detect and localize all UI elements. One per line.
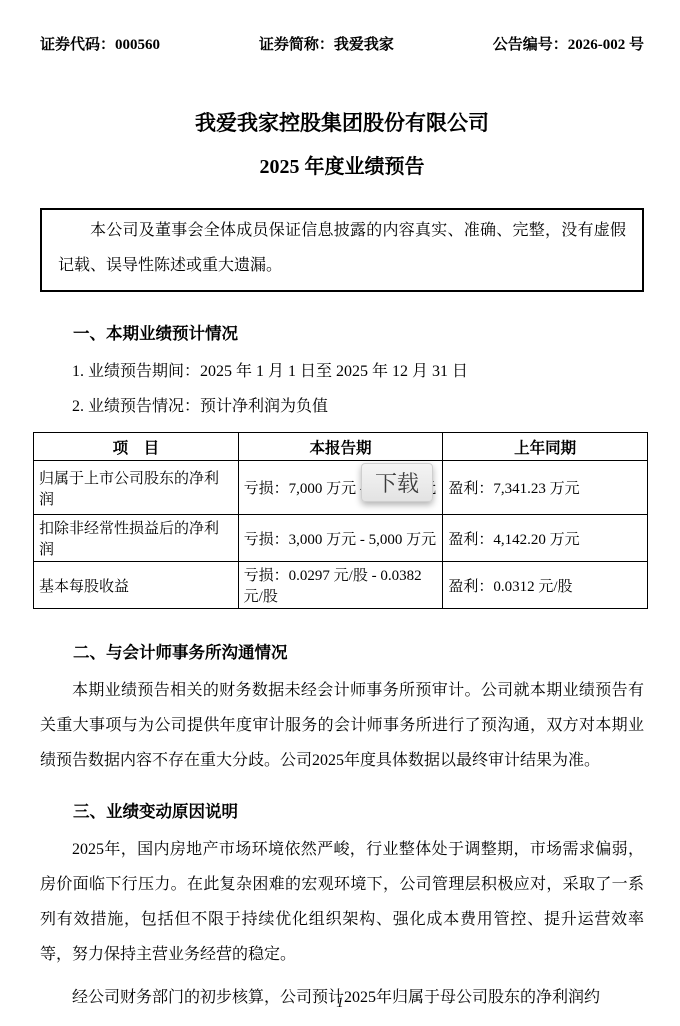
table-cell-current: 亏损：0.0297 元/股 - 0.0382 元/股 xyxy=(238,562,443,609)
forecast-result-item: 2. 业绩预告情况：预计净利润为负值 xyxy=(40,389,644,424)
section2-paragraph: 本期业绩预告相关的财务数据未经会计师事务所预审计。公司就本期业绩预告有关重大事项… xyxy=(40,673,644,778)
table-cell-prior: 盈利：4,142.20 万元 xyxy=(443,515,648,562)
table-row-net-profit: 归属于上市公司股东的净利润 亏损：7,000 万元 - 9,000 万元 盈利：… xyxy=(34,461,648,515)
disclaimer-box: 本公司及董事会全体成员保证信息披露的内容真实、准确、完整，没有虚假记载、误导性陈… xyxy=(40,208,644,292)
stock-short-name: 证券简称：我爱我家 xyxy=(259,36,394,54)
forecast-period-item: 1. 业绩预告期间：2025 年 1 月 1 日至 2025 年 12 月 31… xyxy=(40,354,644,389)
table-header-current-period: 本报告期 xyxy=(238,433,443,461)
table-cell-label: 归属于上市公司股东的净利润 xyxy=(34,461,239,515)
table-cell-prior: 盈利：0.0312 元/股 xyxy=(443,562,648,609)
section3-heading: 三、业绩变动原因说明 xyxy=(40,800,644,824)
download-button[interactable]: 下载 xyxy=(361,463,433,502)
table-cell-label: 基本每股收益 xyxy=(34,562,239,609)
table-header-prior-period: 上年同期 xyxy=(443,433,648,461)
table-cell-prior: 盈利：7,341.23 万元 xyxy=(443,461,648,515)
table-cell-label: 扣除非经常性损益后的净利润 xyxy=(34,515,239,562)
section1-heading: 一、本期业绩预计情况 xyxy=(40,322,644,346)
announcement-number: 公告编号：2026-002 号 xyxy=(493,36,644,54)
section3-paragraph-1: 2025年，国内房地产市场环境依然严峻，行业整体处于调整期，市场需求偏弱，房价面… xyxy=(40,832,644,972)
table-cell-current: 亏损：3,000 万元 - 5,000 万元 xyxy=(238,515,443,562)
announcement-page: 证券代码：000560 证券简称：我爱我家 公告编号：2026-002 号 我爱… xyxy=(0,0,680,1026)
table-header-row: 项 目 本报告期 上年同期 xyxy=(34,433,648,461)
table-row-basic-eps: 基本每股收益 亏损：0.0297 元/股 - 0.0382 元/股 盈利：0.0… xyxy=(34,562,648,609)
section1-items: 1. 业绩预告期间：2025 年 1 月 1 日至 2025 年 12 月 31… xyxy=(40,354,644,424)
table-row-net-profit-excl-nonrecurring: 扣除非经常性损益后的净利润 亏损：3,000 万元 - 5,000 万元 盈利：… xyxy=(34,515,648,562)
announcement-title: 2025 年度业绩预告 xyxy=(40,154,644,180)
disclaimer-text: 本公司及董事会全体成员保证信息披露的内容真实、准确、完整，没有虚假记载、误导性陈… xyxy=(58,213,626,283)
forecast-table: 项 目 本报告期 上年同期 归属于上市公司股东的净利润 亏损：7,000 万元 … xyxy=(33,432,648,609)
section2-heading: 二、与会计师事务所沟通情况 xyxy=(40,641,644,665)
table-header-item: 项 目 xyxy=(34,433,239,461)
page-number: 1 xyxy=(0,995,680,1012)
stock-code: 证券代码：000560 xyxy=(40,36,160,54)
company-title: 我爱我家控股集团股份有限公司 xyxy=(40,110,644,136)
document-header: 证券代码：000560 证券简称：我爱我家 公告编号：2026-002 号 xyxy=(40,36,644,54)
